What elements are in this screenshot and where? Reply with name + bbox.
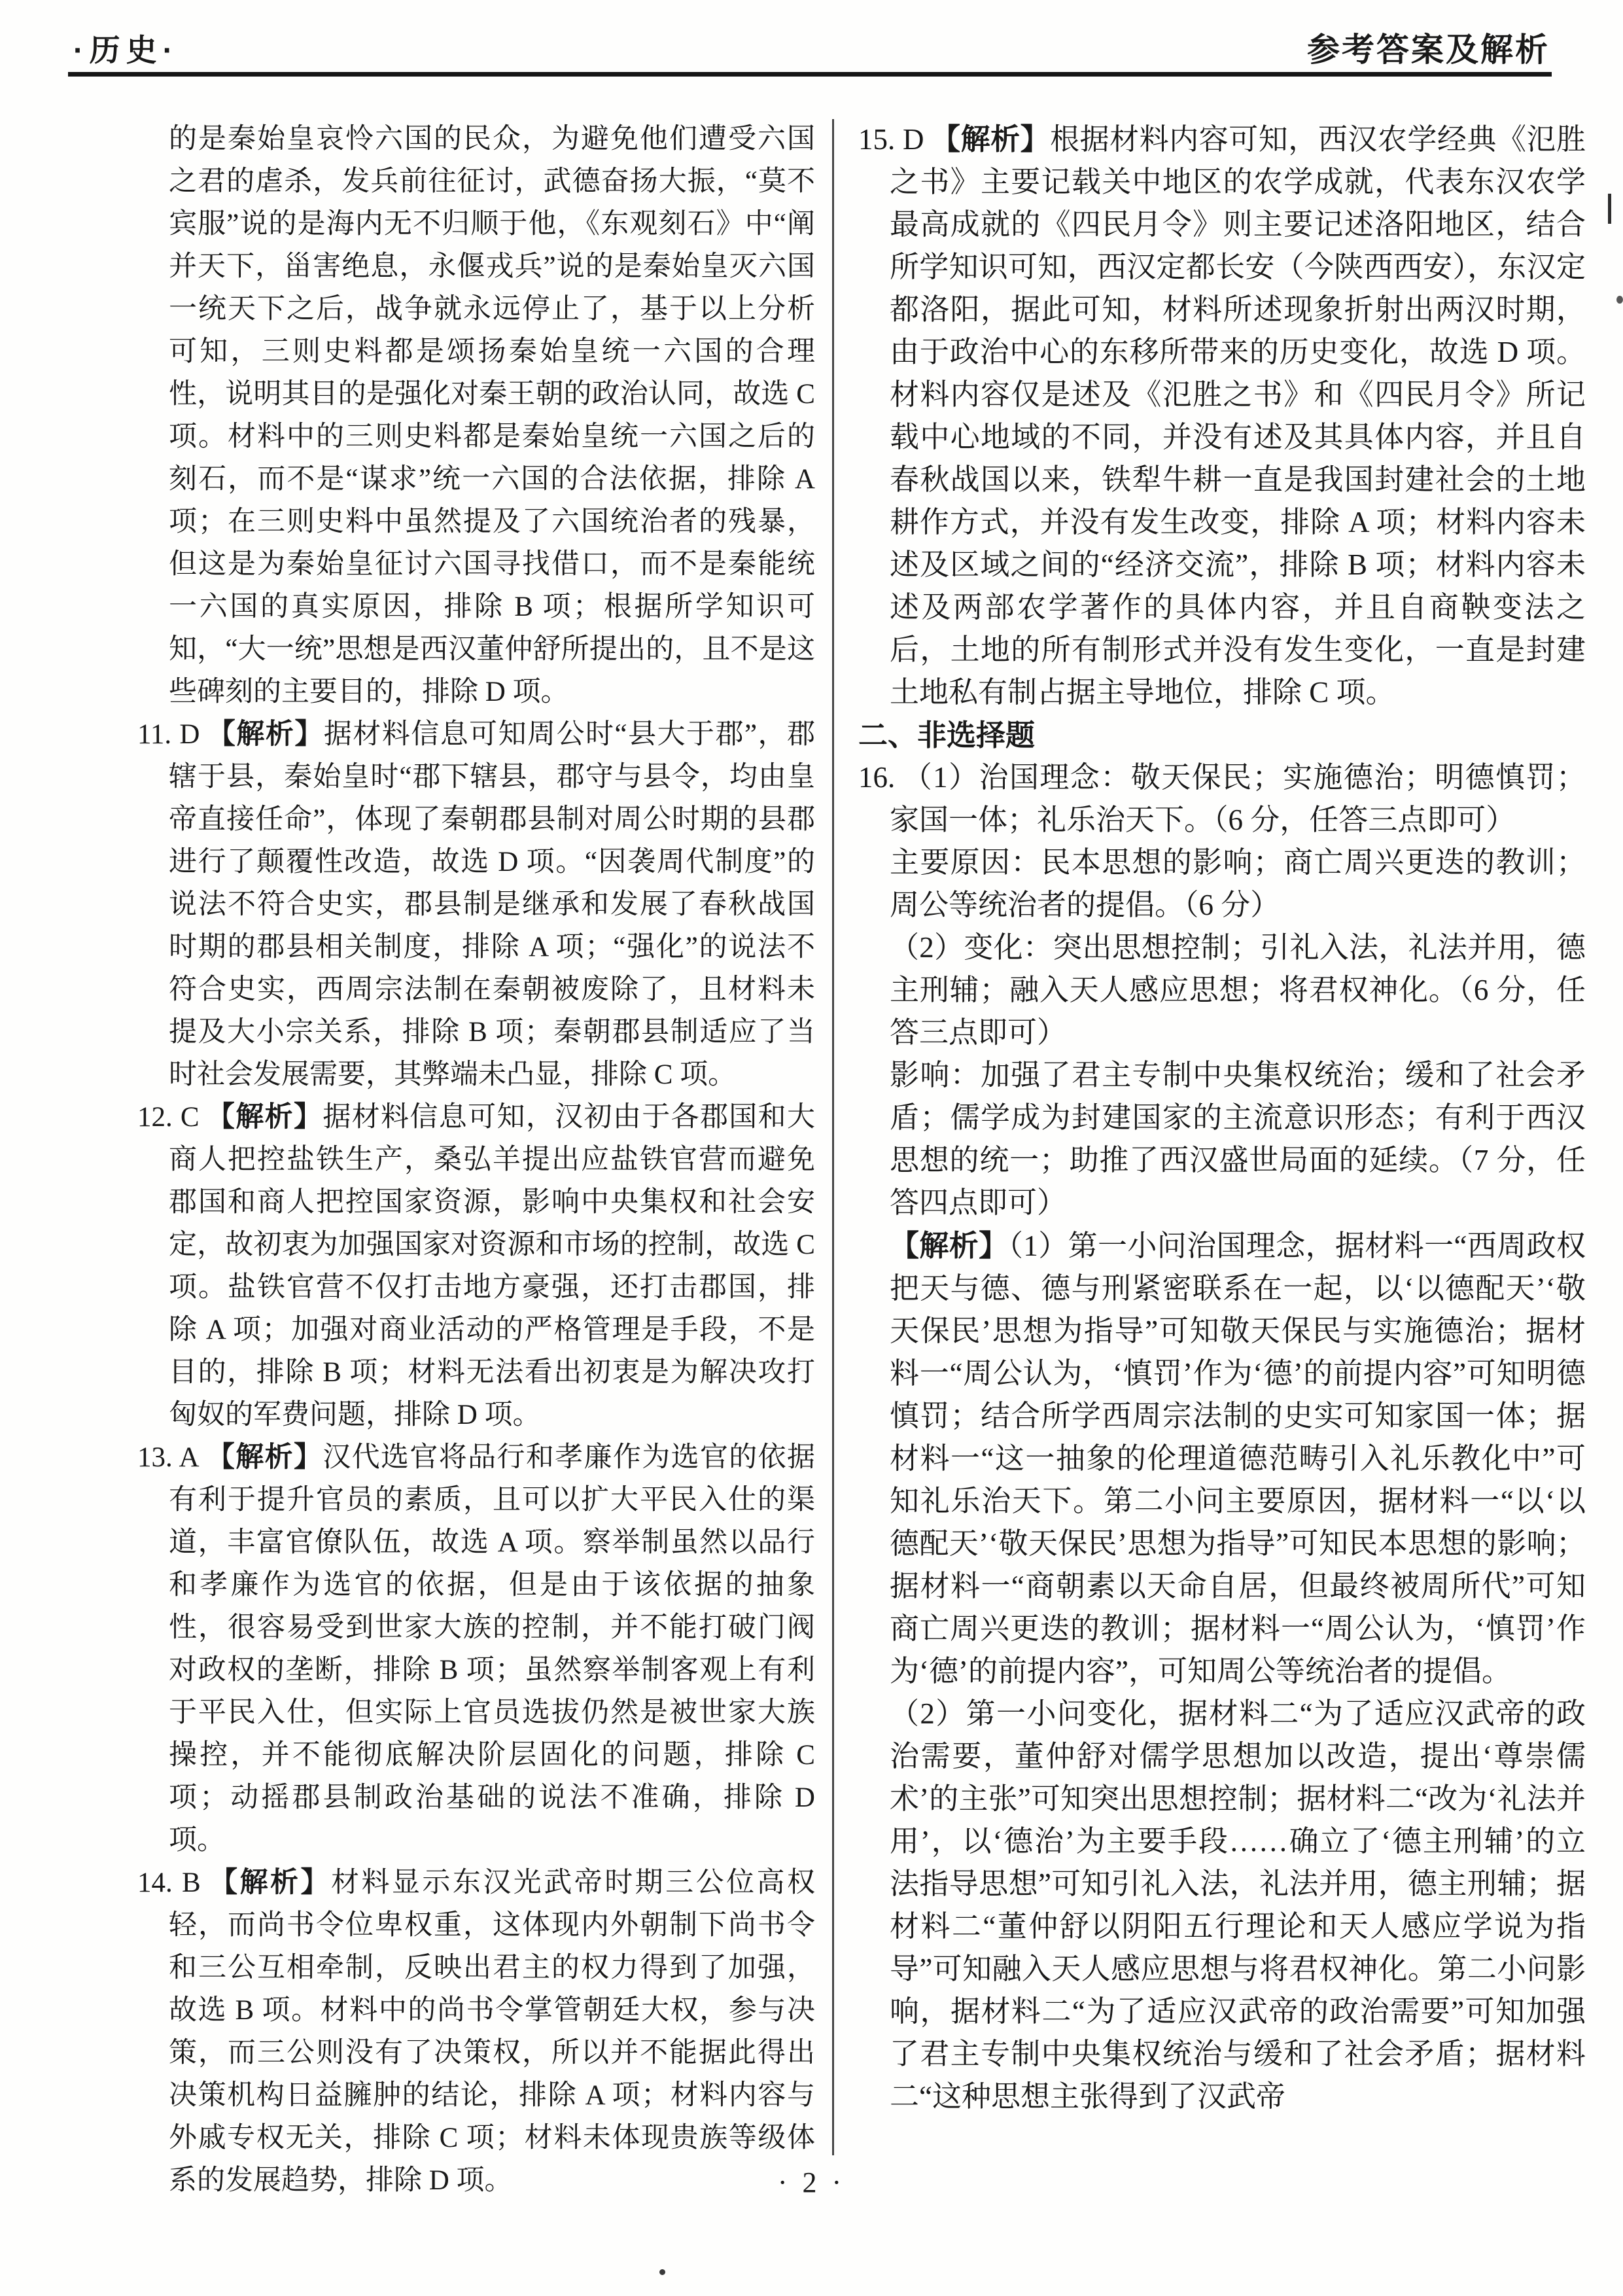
item-number: 16.: [858, 761, 895, 794]
left-column: 的是秦始皇哀怜六国的民众，为避免他们遭受六国之君的虐杀，发兵前往征讨，武德奋扬大…: [137, 118, 815, 2202]
answer-16-analysis-2: （2）第一小问变化，据材料二“为了适应汉武帝的政治需要，董仲舒对儒学思想加以改造…: [858, 1693, 1586, 2118]
scan-artifact: [1616, 296, 1623, 304]
analysis-marker: 【解析】: [207, 1867, 331, 1898]
answer-16-analysis-1: 【解析】（1）第一小问治国理念，据材料一“西周政权把天与德、德与刑紧密联系在一起…: [858, 1224, 1586, 1693]
column-divider: [832, 119, 834, 2155]
answer-item-11: 11. D【解析】据材料信息可知周公时“县大于郡”，郡辖于县，秦始皇时“郡下辖县…: [137, 713, 815, 1096]
analysis-text: 据材料信息可知周公时“县大于郡”，郡辖于县，秦始皇时“郡下辖县，郡守与县令，均由…: [169, 719, 815, 1090]
answer-item-12: 12. C【解析】据材料信息可知，汉初由于各郡国和大商人把控盐铁生产，桑弘羊提出…: [137, 1096, 815, 1436]
analysis-marker: 【解析】: [206, 1101, 323, 1133]
answer-16-part2: （2）变化：突出思想控制；引礼入法，礼法并用，德主刑辅；融入天人感应思想；将君权…: [858, 927, 1586, 1054]
answer-16-part1: 16.（1）治国理念：敬天保民；实施德治；明德慎罚；家国一体；礼乐治天下。（6 …: [858, 756, 1586, 841]
answer-16-reason: 主要原因：民本思想的影响；商亡周兴更迭的教训；周公等统治者的提倡。（6 分）: [858, 841, 1586, 927]
section-heading-non-choice: 二、非选择题: [858, 714, 1586, 756]
header-title: 参考答案及解析: [1307, 24, 1550, 71]
analysis-text: 材料显示东汉光武帝时期三公位高权轻，而尚书令位卑权重，这体现内外朝制下尚书令和三…: [169, 1867, 815, 2196]
item-number: 12. C: [137, 1102, 200, 1133]
item-number: 15. D: [858, 123, 924, 156]
analysis-marker: 【解析】: [206, 1441, 323, 1473]
item-number: 13. A: [137, 1442, 200, 1473]
analysis-marker: 【解析】: [890, 1229, 1009, 1262]
item-number: 11. D: [137, 719, 200, 750]
analysis-marker: 【解析】: [206, 718, 323, 750]
answer-item-14: 14. B【解析】材料显示东汉光武帝时期三公位高权轻，而尚书令位卑权重，这体现内…: [137, 1862, 815, 2202]
analysis-text: 据材料信息可知，汉初由于各郡国和大商人把控盐铁生产，桑弘羊提出应盐铁官营而避免郡…: [169, 1102, 815, 1430]
answer-text: （1）治国理念：敬天保民；实施德治；明德慎罚；家国一体；礼乐治天下。（6 分，任…: [890, 761, 1586, 836]
analysis-text: 汉代选官将品行和孝廉作为选官的依据有利于提升官员的素质，且可以扩大平民入仕的渠道…: [169, 1442, 815, 1856]
answer-item-16: 16.（1）治国理念：敬天保民；实施德治；明德慎罚；家国一体；礼乐治天下。（6 …: [858, 756, 1586, 2118]
item-number: 14. B: [137, 1867, 201, 1898]
scan-artifact: [1608, 194, 1611, 224]
right-column: 15. D【解析】根据材料内容可知，西汉农学经典《氾胜之书》主要记载关中地区的农…: [858, 118, 1586, 2118]
analysis-text: 根据材料内容可知，西汉农学经典《氾胜之书》主要记载关中地区的农学成就，代表东汉农…: [890, 123, 1586, 709]
header-subject: ·历史·: [73, 26, 179, 70]
answer-item-15: 15. D【解析】根据材料内容可知，西汉农学经典《氾胜之书》主要记载关中地区的农…: [858, 118, 1586, 714]
answer-item-13: 13. A【解析】汉代选官将品行和孝廉作为选官的依据有利于提升官员的素质，且可以…: [137, 1436, 815, 1862]
analysis-text: （1）第一小问治国理念，据材料一“西周政权把天与德、德与刑紧密联系在一起，以‘以…: [890, 1229, 1586, 1687]
answer-10-continuation: 的是秦始皇哀怜六国的民众，为避免他们遭受六国之君的虐杀，发兵前往征讨，武德奋扬大…: [137, 118, 815, 713]
answer-sheet-page: ·历史· 参考答案及解析 的是秦始皇哀怜六国的民众，为避免他们遭受六国之君的虐杀…: [0, 0, 1623, 2296]
scan-artifact: [659, 2269, 665, 2275]
answer-16-impact: 影响：加强了君主专制中央集权统治；缓和了社会矛盾；儒学成为封建国家的主流意识形态…: [858, 1054, 1586, 1224]
page-number: · 2 ·: [0, 2166, 1623, 2199]
header-rule: [68, 72, 1552, 77]
analysis-marker: 【解析】: [931, 122, 1051, 156]
